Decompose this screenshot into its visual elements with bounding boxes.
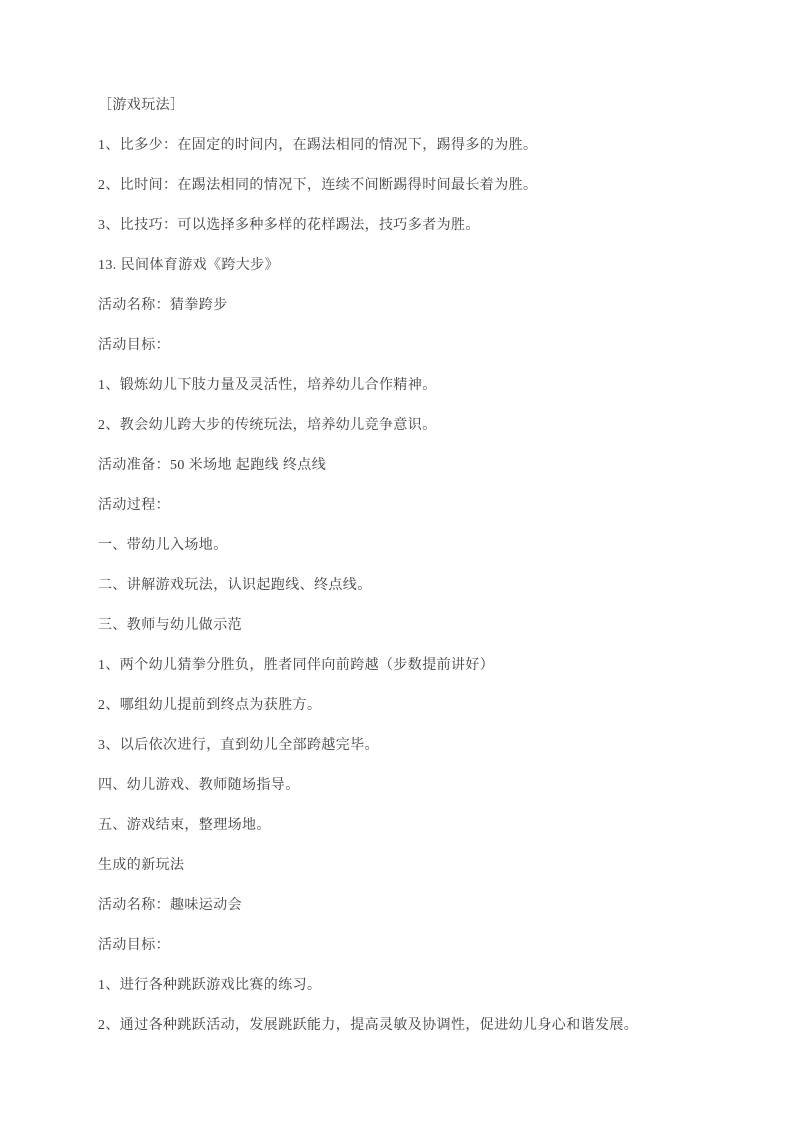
doc-line: 活动名称：趣味运动会 [98, 886, 738, 926]
doc-line: 活动过程： [98, 486, 738, 526]
doc-line: 四、幼儿游戏、教师随场指导。 [98, 766, 738, 806]
doc-line: 三、教师与幼儿做示范 [98, 606, 738, 646]
doc-line: 活动目标： [98, 326, 738, 366]
doc-line: 1、比多少：在固定的时间内，在踢法相同的情况下，踢得多的为胜。 [98, 126, 738, 166]
doc-line: 1、锻炼幼儿下肢力量及灵活性，培养幼儿合作精神。 [98, 366, 738, 406]
doc-line: 13. 民间体育游戏《跨大步》 [98, 246, 738, 286]
doc-line: 2、教会幼儿跨大步的传统玩法，培养幼儿竞争意识。 [98, 406, 738, 446]
doc-line: 生成的新玩法 [98, 846, 738, 886]
document-content: ［游戏玩法］ 1、比多少：在固定的时间内，在踢法相同的情况下，踢得多的为胜。 2… [98, 86, 738, 1046]
doc-line: 3、比技巧：可以选择多种多样的花样踢法，技巧多者为胜。 [98, 206, 738, 246]
doc-line: 2、哪组幼儿提前到终点为获胜方。 [98, 686, 738, 726]
doc-line: 二、讲解游戏玩法，认识起跑线、终点线。 [98, 566, 738, 606]
doc-line: 3、以后依次进行，直到幼儿全部跨越完毕。 [98, 726, 738, 766]
document-page: ［游戏玩法］ 1、比多少：在固定的时间内，在踢法相同的情况下，踢得多的为胜。 2… [0, 0, 800, 1132]
doc-line: 活动名称：猜拳跨步 [98, 286, 738, 326]
doc-line: 活动准备：50 米场地 起跑线 终点线 [98, 446, 738, 486]
doc-line: 1、两个幼儿猜拳分胜负，胜者同伴向前跨越（步数提前讲好） [98, 646, 738, 686]
doc-line: 1、进行各种跳跃游戏比赛的练习。 [98, 966, 738, 1006]
doc-line: 2、通过各种跳跃活动，发展跳跃能力，提高灵敏及协调性，促进幼儿身心和谐发展。 [98, 1006, 738, 1046]
doc-line: ［游戏玩法］ [98, 86, 738, 126]
doc-line: 2、比时间：在踢法相同的情况下，连续不间断踢得时间最长着为胜。 [98, 166, 738, 206]
doc-line: 活动目标： [98, 926, 738, 966]
doc-line: 一、带幼儿入场地。 [98, 526, 738, 566]
doc-line: 五、游戏结束，整理场地。 [98, 806, 738, 846]
